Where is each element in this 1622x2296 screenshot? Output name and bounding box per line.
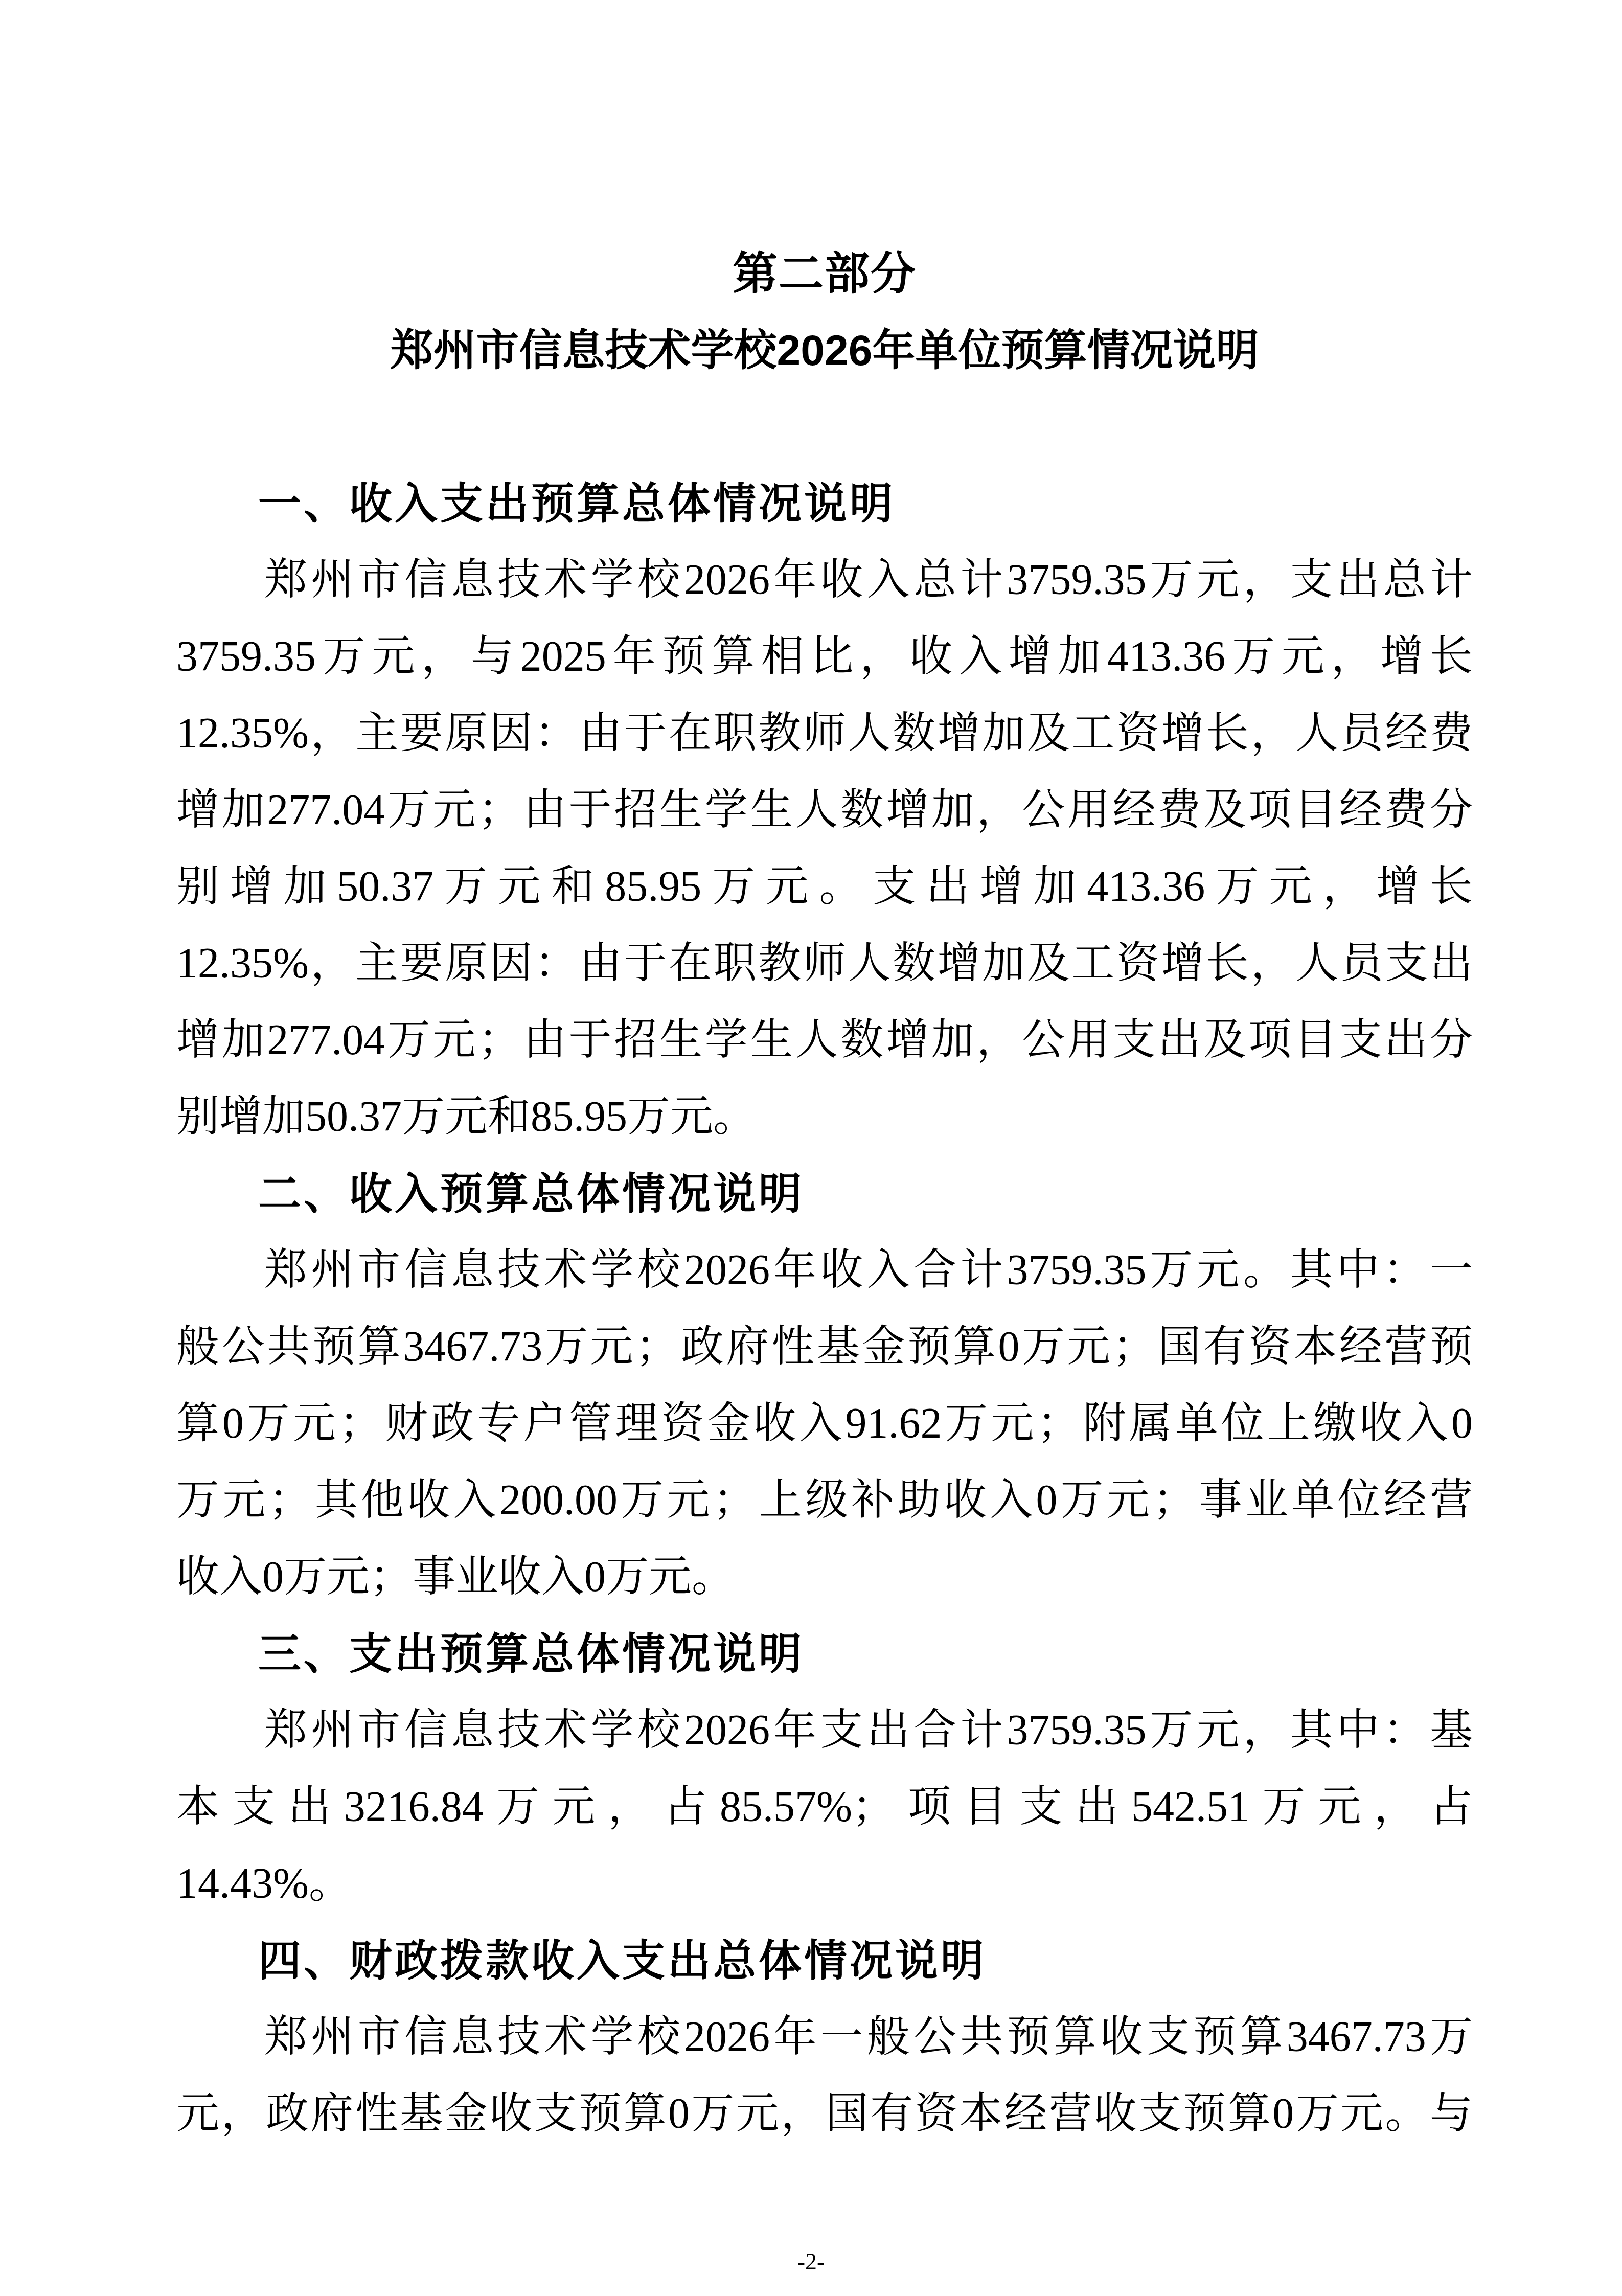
paragraph-line: 14.43%。 — [176, 1846, 1473, 1922]
document-content: 第二部分 郑州市信息技术学校2026年单位预算情况说明 一、收入支出预算总体情况… — [176, 235, 1473, 2152]
paragraph-line: 增加277.04万元；由于招生学生人数增加，公用经费及项目经费分 — [176, 772, 1473, 849]
section-1-heading: 一、收入支出预算总体情况说明 — [176, 465, 1473, 542]
paragraph-line: 万元；其他收入200.00万元；上级补助收入0万元；事业单位经营 — [176, 1462, 1473, 1539]
paragraph-line: 郑州市信息技术学校2026年一般公共预算收支预算3467.73万 — [176, 1999, 1473, 2076]
part-title: 第二部分 — [176, 235, 1473, 312]
paragraph-line: 12.35%，主要原因：由于在职教师人数增加及工资增长，人员支出 — [176, 925, 1473, 1002]
paragraph-line: 郑州市信息技术学校2026年收入总计3759.35万元，支出总计 — [176, 542, 1473, 619]
paragraph-line: 别增加50.37万元和85.95万元。支出增加413.36万元，增长 — [176, 849, 1473, 925]
paragraph-line: 12.35%，主要原因：由于在职教师人数增加及工资增长，人员经费 — [176, 695, 1473, 772]
paragraph-line: 增加277.04万元；由于招生学生人数增加，公用支出及项目支出分 — [176, 1002, 1473, 1079]
section-2-heading: 二、收入预算总体情况说明 — [176, 1155, 1473, 1232]
paragraph-line: 郑州市信息技术学校2026年支出合计3759.35万元，其中：基 — [176, 1692, 1473, 1769]
paragraph-line: 别增加50.37万元和85.95万元。 — [176, 1079, 1473, 1155]
paragraph-line: 本支出3216.84万元，占85.57%；项目支出542.51万元，占 — [176, 1769, 1473, 1846]
section-4-heading: 四、财政拨款收入支出总体情况说明 — [176, 1922, 1473, 1999]
blank-line — [176, 389, 1473, 465]
document-title: 郑州市信息技术学校2026年单位预算情况说明 — [176, 312, 1473, 389]
paragraph-line: 元，政府性基金收支预算0万元，国有资本经营收支预算0万元。与 — [176, 2076, 1473, 2152]
paragraph-line: 般公共预算3467.73万元；政府性基金预算0万元；国有资本经营预 — [176, 1309, 1473, 1385]
section-3-heading: 三、支出预算总体情况说明 — [176, 1616, 1473, 1692]
document-page: 第二部分 郑州市信息技术学校2026年单位预算情况说明 一、收入支出预算总体情况… — [0, 0, 1622, 2296]
page-number: -2- — [0, 2250, 1622, 2274]
paragraph-line: 郑州市信息技术学校2026年收入合计3759.35万元。其中：一 — [176, 1232, 1473, 1309]
paragraph-line: 3759.35万元，与2025年预算相比，收入增加413.36万元，增长 — [176, 619, 1473, 695]
paragraph-line: 算0万元；财政专户管理资金收入91.62万元；附属单位上缴收入0 — [176, 1385, 1473, 1462]
paragraph-line: 收入0万元；事业收入0万元。 — [176, 1539, 1473, 1616]
